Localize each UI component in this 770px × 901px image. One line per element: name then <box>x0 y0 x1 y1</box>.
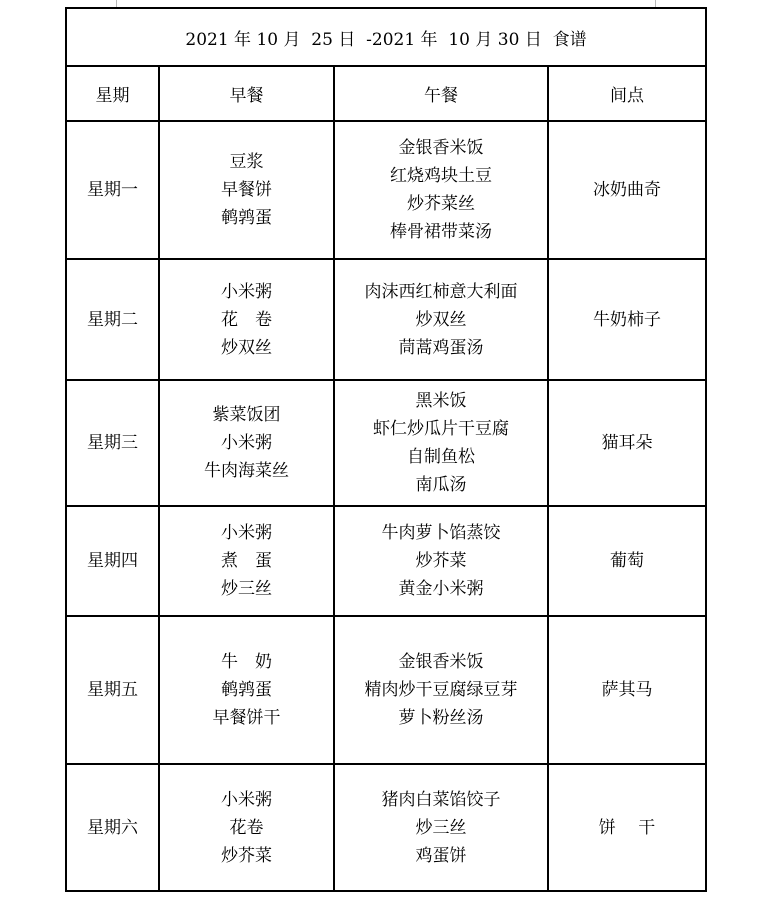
snack-cell: 葡萄 <box>548 506 706 616</box>
menu-row-tuesday: 星期二 小米粥 花 卷 炒双丝 肉沫西红柿意大利面 炒双丝 茼蒿鸡蛋汤 牛奶柿子 <box>66 259 706 380</box>
snack-cell: 萨其马 <box>548 616 706 764</box>
day-cell: 星期一 <box>66 121 159 259</box>
breakfast-cell: 小米粥 花卷 炒芥菜 <box>159 764 334 891</box>
column-header-snack: 间点 <box>548 66 706 121</box>
snack-cell: 冰奶曲奇 <box>548 121 706 259</box>
weekly-menu-table: 2021 年 10 月 25 日 -2021 年 10 月 30 日 食谱 星期… <box>65 7 707 892</box>
menu-row-friday: 星期五 牛 奶 鹌鹑蛋 早餐饼干 金银香米饭 精肉炒干豆腐绿豆芽 萝卜粉丝汤 萨… <box>66 616 706 764</box>
breakfast-cell: 紫菜饭团 小米粥 牛肉海菜丝 <box>159 380 334 506</box>
breakfast-cell: 小米粥 花 卷 炒双丝 <box>159 259 334 380</box>
column-header-week: 星期 <box>66 66 159 121</box>
snack-cell: 饼 干 <box>548 764 706 891</box>
breakfast-cell: 小米粥 煮 蛋 炒三丝 <box>159 506 334 616</box>
day-cell: 星期五 <box>66 616 159 764</box>
menu-row-wednesday: 星期三 紫菜饭团 小米粥 牛肉海菜丝 黑米饭 虾仁炒瓜片干豆腐 自制鱼松 南瓜汤… <box>66 380 706 506</box>
lunch-cell: 黑米饭 虾仁炒瓜片干豆腐 自制鱼松 南瓜汤 <box>334 380 548 506</box>
day-cell: 星期六 <box>66 764 159 891</box>
breakfast-cell: 牛 奶 鹌鹑蛋 早餐饼干 <box>159 616 334 764</box>
day-cell: 星期二 <box>66 259 159 380</box>
snack-cell: 牛奶柿子 <box>548 259 706 380</box>
lunch-cell: 牛肉萝卜馅蒸饺 炒芥菜 黄金小米粥 <box>334 506 548 616</box>
lunch-cell: 猪肉白菜馅饺子 炒三丝 鸡蛋饼 <box>334 764 548 891</box>
menu-row-thursday: 星期四 小米粥 煮 蛋 炒三丝 牛肉萝卜馅蒸饺 炒芥菜 黄金小米粥 葡萄 <box>66 506 706 616</box>
lunch-cell: 金银香米饭 精肉炒干豆腐绿豆芽 萝卜粉丝汤 <box>334 616 548 764</box>
column-header-breakfast: 早餐 <box>159 66 334 121</box>
header-row: 星期 早餐 午餐 间点 <box>66 66 706 121</box>
table-title: 2021 年 10 月 25 日 -2021 年 10 月 30 日 食谱 <box>66 8 706 66</box>
menu-row-saturday: 星期六 小米粥 花卷 炒芥菜 猪肉白菜馅饺子 炒三丝 鸡蛋饼 饼 干 <box>66 764 706 891</box>
lunch-cell: 金银香米饭 红烧鸡块土豆 炒芥菜丝 棒骨裙带菜汤 <box>334 121 548 259</box>
document-page: 2021 年 10 月 25 日 -2021 年 10 月 30 日 食谱 星期… <box>0 0 770 901</box>
title-row: 2021 年 10 月 25 日 -2021 年 10 月 30 日 食谱 <box>66 8 706 66</box>
menu-row-monday: 星期一 豆浆 早餐饼 鹌鹑蛋 金银香米饭 红烧鸡块土豆 炒芥菜丝 棒骨裙带菜汤 … <box>66 121 706 259</box>
lunch-cell: 肉沫西红柿意大利面 炒双丝 茼蒿鸡蛋汤 <box>334 259 548 380</box>
breakfast-cell: 豆浆 早餐饼 鹌鹑蛋 <box>159 121 334 259</box>
day-cell: 星期四 <box>66 506 159 616</box>
day-cell: 星期三 <box>66 380 159 506</box>
snack-cell: 猫耳朵 <box>548 380 706 506</box>
column-header-lunch: 午餐 <box>334 66 548 121</box>
